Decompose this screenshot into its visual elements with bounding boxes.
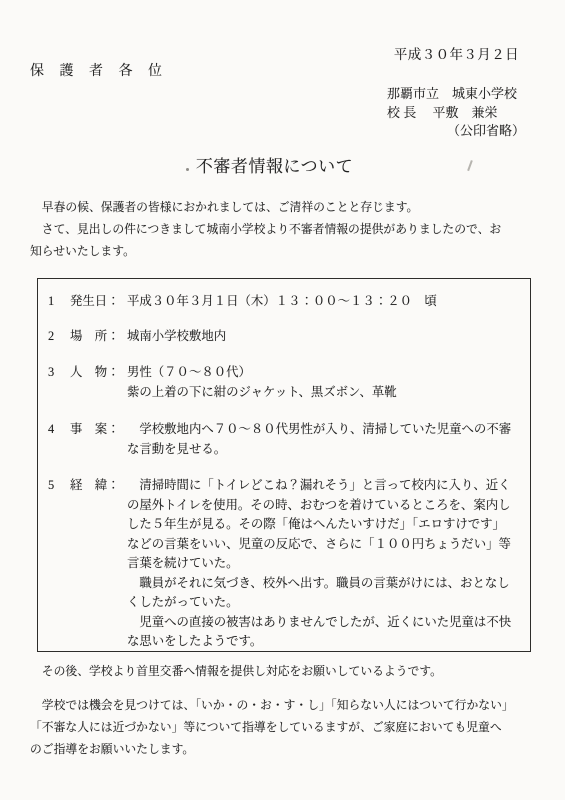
item-label: 発生日：: [70, 292, 127, 312]
scanned-letter-page: 平成３０年３月２日 保 護 者 各 位 那覇市立 城東小学校 校 長 平敷 兼栄…: [0, 0, 565, 800]
item-label: 事 案：: [70, 420, 127, 459]
intro-paragraph: さて、見出しの件につきまして城南小学校より不審者情報の提供がありましたので、お …: [30, 218, 555, 262]
document-title: 不審者情報について: [0, 155, 549, 179]
intro-paragraphs: 早春の候、保護者の皆様におかれましては、ご清祥のことと存じます。 さて、見出しの…: [30, 196, 555, 262]
incident-item-place: 2 場 所： 城南小学校敷地内: [38, 327, 530, 347]
document-date: 平成３０年３月２日: [394, 43, 519, 63]
recipient-line: 保 護 者 各 位: [30, 60, 168, 80]
incident-item-case: 4 事 案： 学校敷地内へ７０～８０代男性が入り、清掃していた児童への不審 な言…: [38, 420, 530, 459]
item-content: 平成３０年３月１日（木）１３：００～１３：２０ 頃: [127, 292, 530, 312]
incident-item-person: 3 人 物： 男性（７０～８０代） 紫の上着の下に紺のジャケット、黒ズボン、革靴: [38, 363, 530, 402]
item-content: 学校敷地内へ７０～８０代男性が入り、清掃していた児童への不審 な言動を見せる。: [127, 420, 530, 459]
closing-paragraph-police: その後、学校より首里交番へ情報を提供し対応をお願いしているようです。: [30, 660, 555, 682]
item-number: 4: [38, 420, 70, 459]
item-label: 場 所：: [70, 327, 127, 347]
item-number: 2: [38, 327, 70, 347]
sender-principal: 校 長 平敷 兼栄: [387, 104, 525, 123]
item-content: 清掃時間に「トイレどこね？漏れそう」と言って校内に入り、近く の屋外トイレを使用…: [127, 476, 530, 652]
item-content: 男性（７０～８０代） 紫の上着の下に紺のジャケット、黒ズボン、革靴: [127, 363, 530, 402]
sender-block: 那覇市立 城東小学校 校 長 平敷 兼栄 （公印省略）: [387, 85, 525, 141]
incident-item-sequence: 5 経 緯： 清掃時間に「トイレどこね？漏れそう」と言って校内に入り、近く の屋…: [38, 476, 530, 652]
intro-paragraph: 早春の候、保護者の皆様におかれましては、ご清祥のことと存じます。: [30, 196, 555, 218]
item-label: 人 物：: [70, 363, 127, 402]
item-number: 3: [38, 363, 70, 402]
seal-omitted-note: （公印省略）: [387, 122, 525, 141]
item-content: 城南小学校敷地内: [127, 327, 530, 347]
incident-details-box: 1 発生日： 平成３０年３月１日（木）１３：００～１３：２０ 頃 2 場 所： …: [37, 278, 531, 652]
item-label: 経 緯：: [70, 476, 127, 652]
sender-school: 那覇市立 城東小学校: [387, 85, 525, 104]
incident-item-date: 1 発生日： 平成３０年３月１日（木）１３：００～１３：２０ 頃: [38, 292, 530, 312]
item-number: 5: [38, 476, 70, 652]
closing-paragraph-guidance: 学校では機会を見つけては、「いか・の・お・す・し」「知らない人にはついて行かない…: [30, 694, 560, 760]
item-number: 1: [38, 292, 70, 312]
